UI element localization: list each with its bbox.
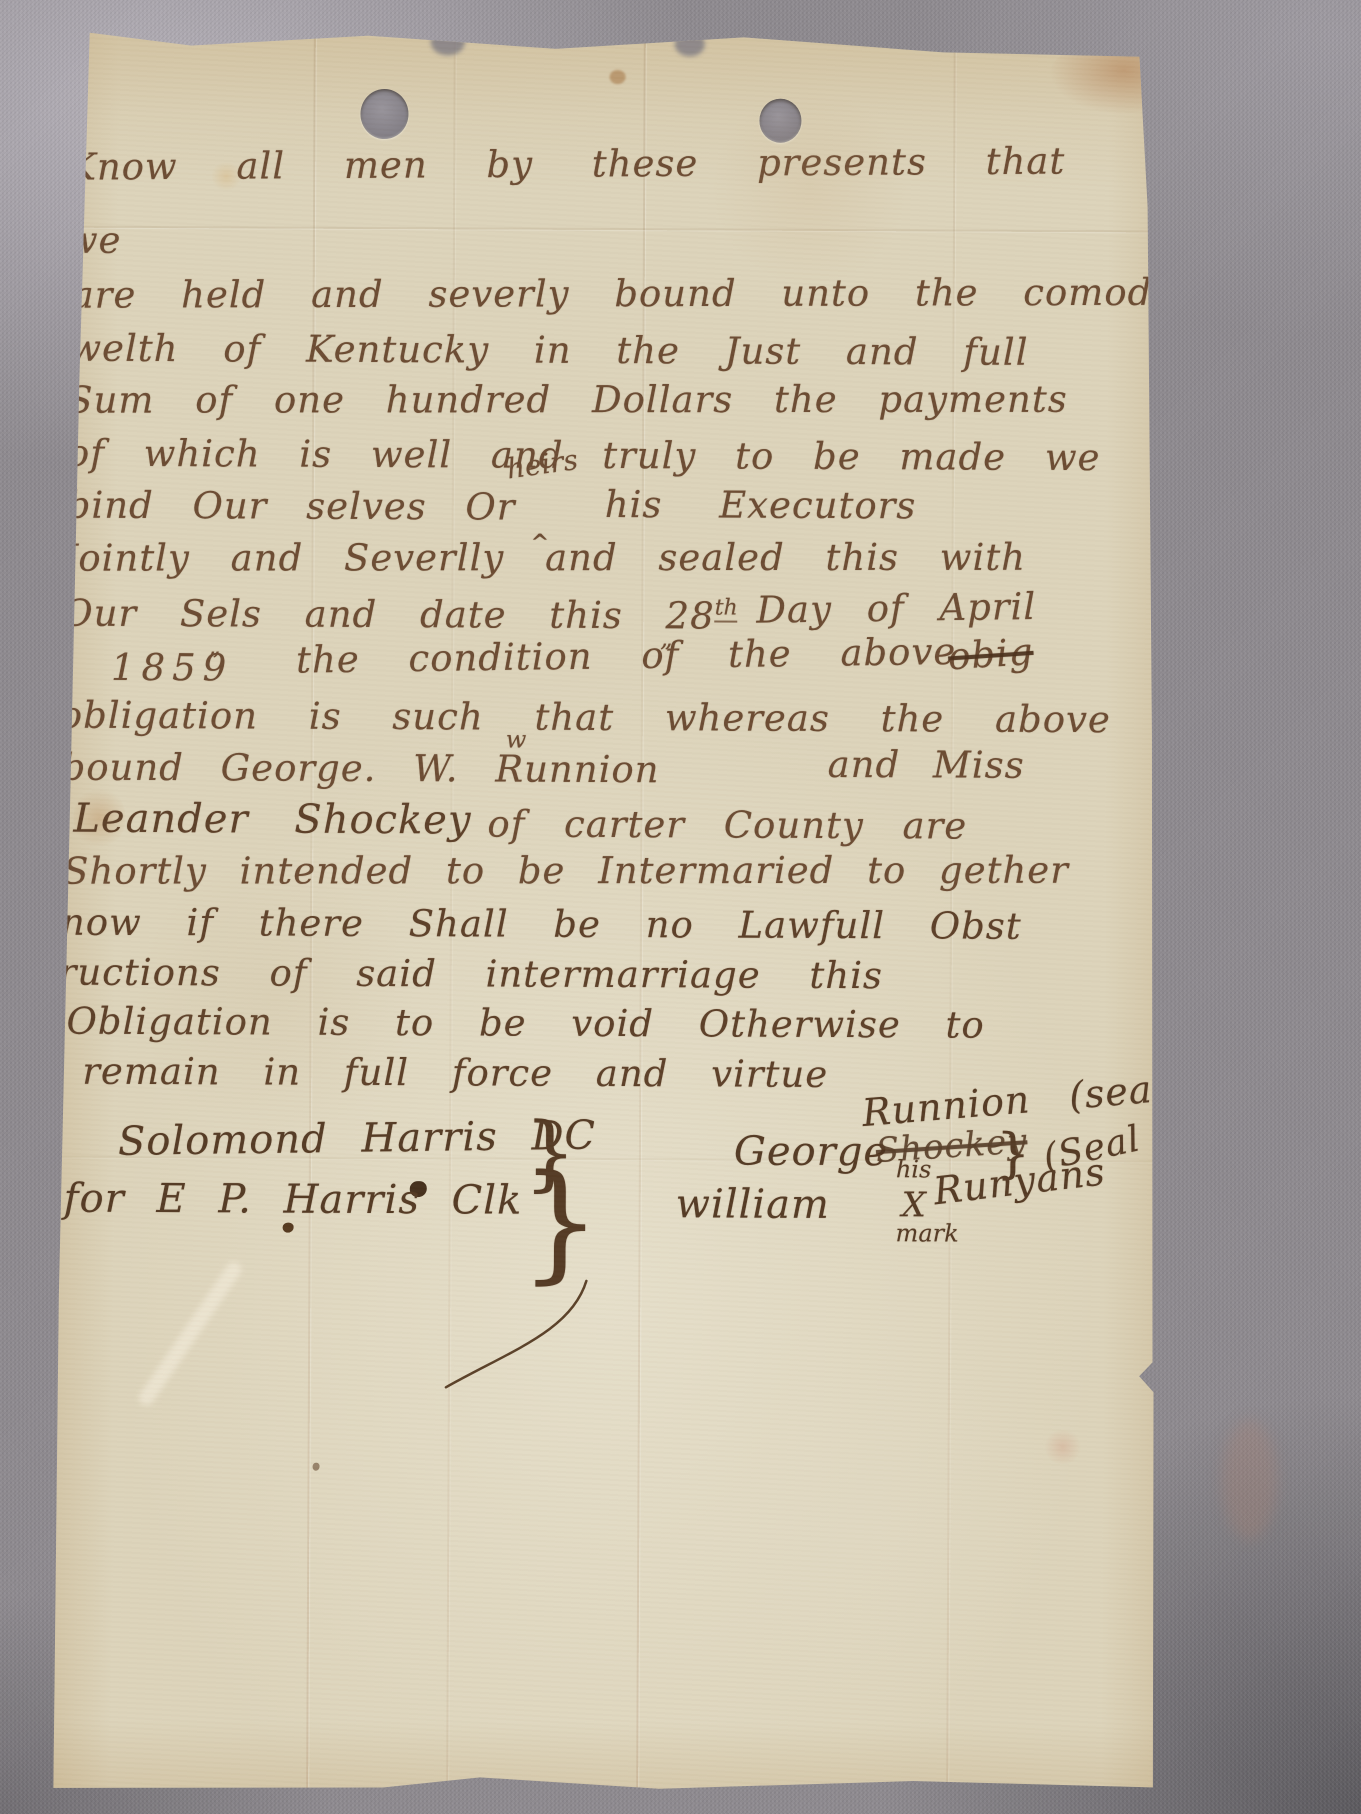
brace-flourish-tail [441,1275,592,1396]
manuscript-line-08: Jointly and Severlly and sealed this wit… [63,536,1027,580]
manuscript-line-03: are held and severly bound unto the como… [72,271,1153,317]
manuscript-line-04: welth of Kentucky in the Just and full [69,327,1028,374]
inserted-mark-over-w: w [506,726,527,754]
mark-his-label: his [896,1155,932,1183]
manuscript-line-17: Obligation is to be void Otherwise to [66,1000,984,1047]
speck-lower-left [313,1463,320,1471]
manuscript-line-13b: of carter County are [487,802,967,847]
manuscript-line-11: obligation is such that whereas the abov… [60,694,1111,742]
brown-spot-top [610,70,626,84]
manuscript-line-10a: the condition of the above [296,630,957,682]
manuscript-line-09a: Our Sels and date this 28th [62,592,738,638]
manuscript-line-05: Sum of one hundred Dollars the payments [67,378,1068,422]
struck-word-oblig: obig [947,630,1035,678]
manuscript-line-06: of which is well and truly to be made we [67,432,1101,480]
fold-crease-horizontal-1 [58,226,1163,233]
mark-word-label: mark [896,1219,959,1247]
manuscript-line-14: Shortly intended to be Intermaried to ge… [63,849,1069,893]
manuscript-year-1859: 1859 [111,646,233,690]
manuscript-line-13a: Leander Shockey [73,796,471,844]
manuscript-line-12b: and Miss [828,743,1025,787]
mark-signature-william: william [676,1181,830,1228]
manuscript-line-15: now if there Shall be no Lawfull Obst [61,901,1022,948]
manuscript-line-07b: his Executors [605,483,917,527]
paper-sheet: Know all men by these presents that we a… [51,26,1164,1795]
light-scratch-lower-left [136,1259,244,1408]
manuscript-line-09b: Day of April [756,585,1036,632]
big-brace-after-clk: } [519,1148,601,1297]
manuscript-line-12a: bound George. W. Runnion [62,746,660,792]
manuscript-line-16: ructions of said intermarriage this [59,951,883,998]
faint-rust-spot-lower-right [1043,1430,1083,1464]
backdrop-red-streak [1222,1420,1277,1540]
ink-blob-2 [283,1223,294,1233]
punch-hole-left [360,89,408,139]
punch-hole-right [759,99,801,143]
manuscript-line-07a: bind Our selves Or [67,484,516,529]
witness-signature-ep-harris-clk: for E P. Harris Clk [64,1176,523,1224]
groom-signature-george: George [734,1129,888,1176]
superscript-th: th [715,595,738,622]
manuscript-line-18: remain in full force and virtue [82,1050,828,1096]
manuscript-line-01: Know all men by these presents that [68,140,1065,189]
